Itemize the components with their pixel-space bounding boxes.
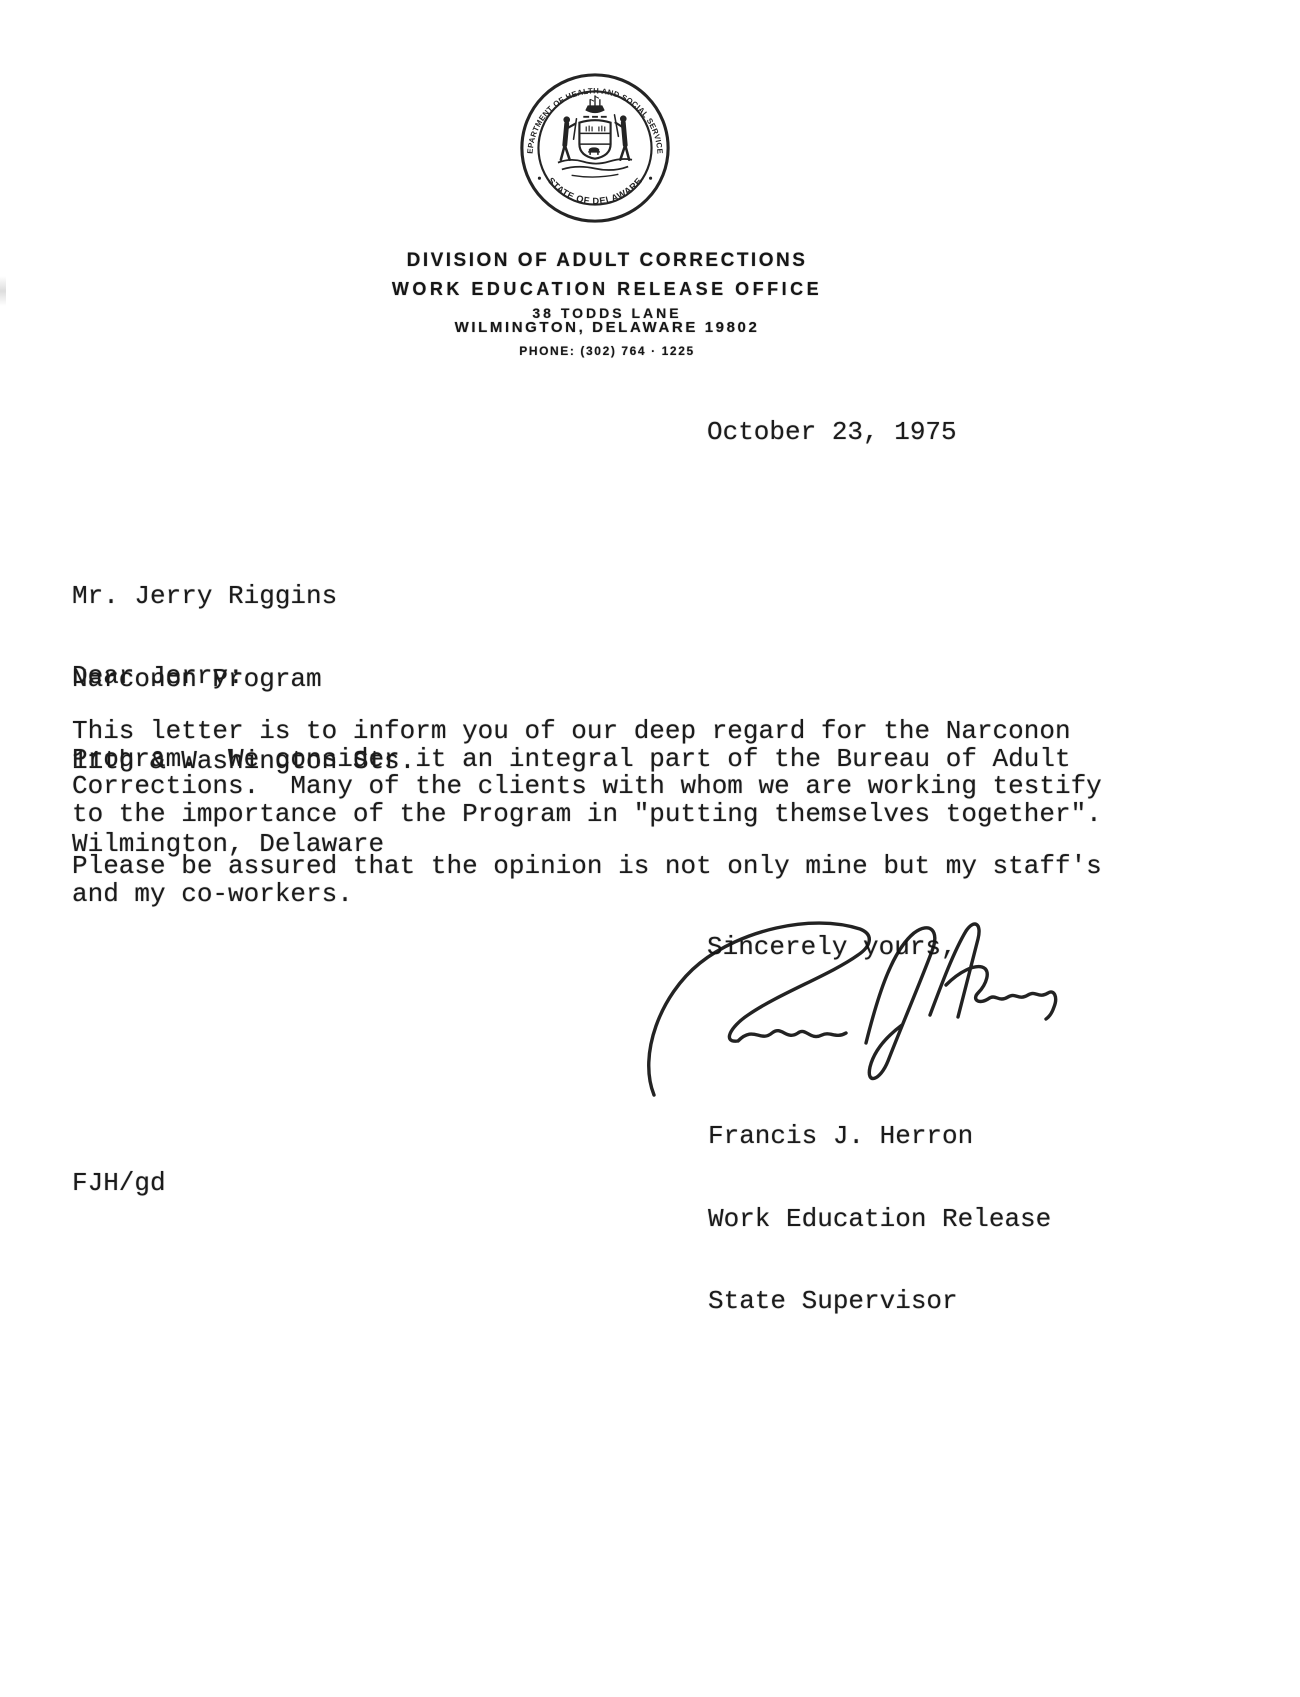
letterhead-city: WILMINGTON, DELAWARE 19802 [455, 319, 760, 336]
letterhead-division: DIVISION OF ADULT CORRECTIONS [407, 250, 808, 272]
seal-ground-ribbon [558, 159, 632, 177]
svg-text:STATE OF DELAWARE: STATE OF DELAWARE [546, 176, 644, 206]
seal-separator-dot-left [538, 177, 541, 180]
body-paragraph-1: This letter is to inform you of our deep… [72, 718, 1102, 828]
seal-separator-dot-right [649, 177, 652, 180]
letter-date: October 23, 1975 [707, 419, 957, 447]
scanned-letter-page: DEPARTMENT OF HEALTH AND SOCIAL SERVICES… [0, 0, 1300, 1697]
seal-ship-icon [583, 95, 606, 116]
recipient-name: Mr. Jerry Riggins [72, 583, 415, 611]
signer-title-1: Work Education Release [708, 1206, 1051, 1234]
scan-artifact [0, 276, 6, 306]
reference-initials: FJH/gd [72, 1170, 166, 1198]
signer-name: Francis J. Herron [708, 1123, 1051, 1151]
letterhead-phone: PHONE: (302) 764 · 1225 [519, 344, 695, 358]
signer-title-2: State Supervisor [708, 1288, 1051, 1316]
seal-farmer-figure [561, 116, 577, 159]
letterhead-office: WORK EDUCATION RELEASE OFFICE [392, 279, 822, 300]
seal-ring-text-bottom: STATE OF DELAWARE [546, 176, 644, 206]
seal-militiaman-figure [615, 115, 630, 160]
salutation: Dear Jerry: [72, 663, 244, 691]
seal-shield-icon [579, 120, 610, 159]
signature-block: Francis J. Herron Work Education Release… [708, 1068, 1051, 1371]
delaware-state-seal: DEPARTMENT OF HEALTH AND SOCIAL SERVICES… [517, 70, 673, 226]
